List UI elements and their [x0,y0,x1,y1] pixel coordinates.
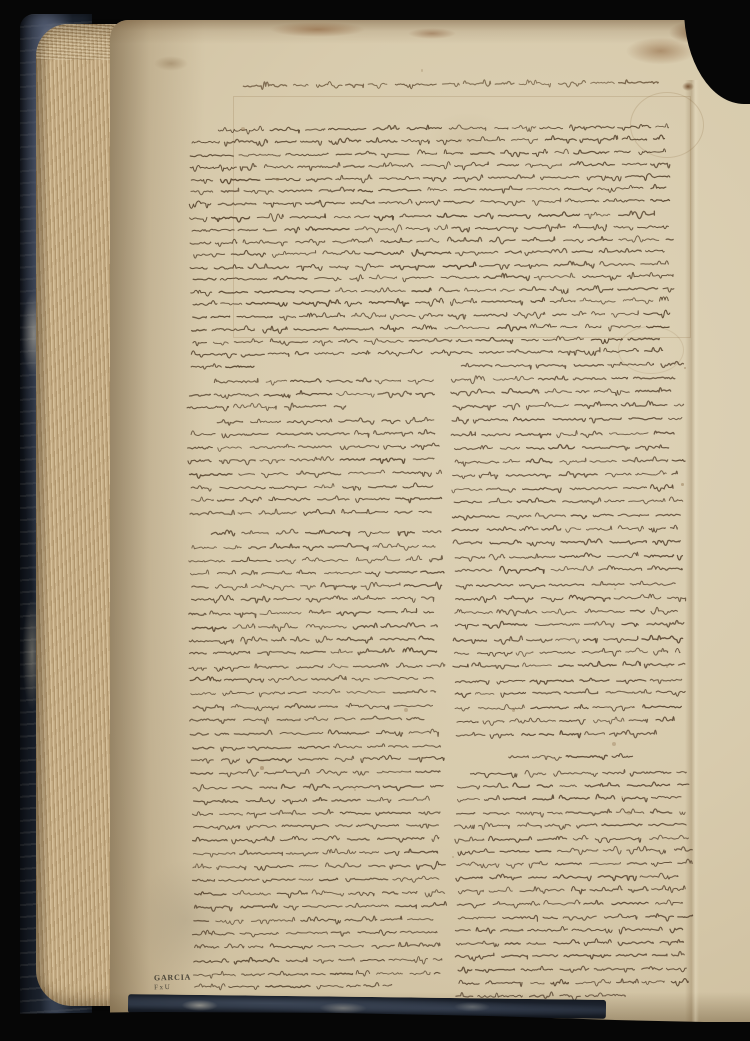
chapter-heading-line [237,74,677,107]
top-paragraph-block [187,118,683,386]
library-stamp: GARCIA FxU [154,973,192,993]
handwriting-layer [110,20,750,1022]
right-column-paragraph-1 [449,356,698,756]
manuscript-page: GARCIA FxU [110,20,750,1022]
stamp-line-1: GARCIA [154,973,191,984]
left-column-paragraph-3 [186,524,456,1008]
stamp-line-2: FxU [154,983,191,993]
right-column-paragraph-2 [452,764,702,1016]
left-column-paragraph-2 [185,412,452,534]
photograph-of-open-book: GARCIA FxU [0,0,750,1041]
